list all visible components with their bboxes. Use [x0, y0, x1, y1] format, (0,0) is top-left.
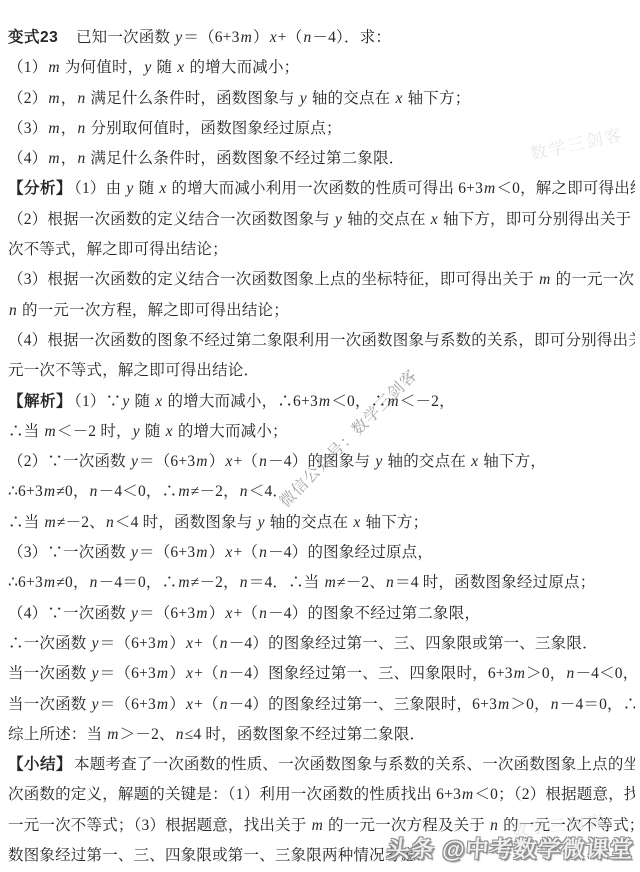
line-text: （1）∵y 随 x 的增大而减小，∴6+3m＜0，∴m＜－2， — [74, 393, 455, 410]
line-text: （4）∵一次函数 y＝（6+3m）x+（n－4）的图象不经过第二象限， — [8, 605, 480, 622]
text-line: 【解析】（1）∵y 随 x 的增大而减小，∴6+3m＜0，∴m＜－2， — [8, 387, 635, 417]
line-text: （1）m 为何值时，y 随 x 的增大而减小； — [8, 59, 299, 76]
line-text: 当一次函数 y＝（6+3m）x+（n－4）的图象经过第一、三象限时，6+3m＞0… — [8, 696, 635, 713]
text-line: （3）m，n 分别取何值时，函数图象经过原点； — [8, 114, 635, 144]
line-text: ∴一次函数 y＝（6+3m）x+（n－4）的图象经过第一、三、四象限或第一、三象… — [8, 635, 598, 652]
text-line: （2）∵一次函数 y＝（6+3m）x+（n－4）的图象与 y 轴的交点在 x 轴… — [8, 447, 635, 477]
line-text: （3）根据一次函数的定义结合一次函数图象上点的坐标特征，即可得出关于 m 的一元… — [8, 271, 635, 288]
line-text: （2）m，n 满足什么条件时，函数图象与 y 轴的交点在 x 轴下方； — [8, 90, 470, 107]
line-text: ∴当 m＜－2 时，y 随 x 的增大而减小； — [8, 423, 288, 440]
line-bold-label: 【解析】 — [8, 393, 72, 410]
document-lines: 变式23 已知一次函数 y＝（6+3m）x+（n－4）．求：（1）m 为何值时，… — [8, 23, 635, 871]
brand-watermark: 头条 @中考数学微课堂 — [386, 831, 635, 864]
line-text: n 的一元一次方程，解之即可得出结论； — [8, 302, 289, 319]
line-text: （3）m，n 分别取何值时，函数图象经过原点； — [8, 120, 342, 137]
line-text: （4）m，n 满足什么条件时，函数图象不经过第二象限． — [8, 150, 405, 167]
text-line: ∴6+3m≠0，n－4＜0，∴m≠－2，n＜4． — [8, 477, 635, 507]
text-line: ∴当 m≠－2、n＜4 时，函数图象与 y 轴的交点在 x 轴下方； — [8, 508, 635, 538]
line-bold-label: 【小结】 — [8, 756, 72, 773]
text-line: 【小结】本题考查了一次函数的性质、一次函数图象与系数的关系、一次函数图象上点的坐… — [8, 750, 635, 780]
text-line: （1）m 为何值时，y 随 x 的增大而减小； — [8, 53, 635, 83]
text-line: ∴一次函数 y＝（6+3m）x+（n－4）的图象经过第一、三、四象限或第一、三象… — [8, 629, 635, 659]
line-text: 已知一次函数 y＝（6+3m）x+（n－4）．求： — [60, 29, 391, 46]
text-line: （2）m，n 满足什么条件时，函数图象与 y 轴的交点在 x 轴下方； — [8, 84, 635, 114]
line-text: 本题考查了一次函数的性质、一次函数图象与系数的关系、一次函数图象上点的坐标特征以… — [74, 756, 635, 773]
line-text: ∴6+3m≠0，n－4＜0，∴m≠－2，n＜4． — [8, 483, 288, 500]
line-text: （3）∵一次函数 y＝（6+3m）x+（n－4）的图象经过原点， — [8, 544, 433, 561]
line-text: （4）根据一次函数的图象不经过第二象限利用一次函数图象与系数的关系，即可分别得出… — [8, 332, 635, 349]
text-line: （2）根据一次函数的定义结合一次函数图象与 y 轴的交点在 x 轴下方，即可分别… — [8, 205, 635, 235]
line-text: 次不等式，解之即可得出结论； — [8, 241, 228, 258]
line-bold-label: 变式23 — [8, 29, 58, 46]
text-line: （3）∵一次函数 y＝（6+3m）x+（n－4）的图象经过原点， — [8, 538, 635, 568]
line-bold-label: 【分析】 — [8, 180, 72, 197]
text-line: ∴当 m＜－2 时，y 随 x 的增大而减小； — [8, 417, 635, 447]
text-line: 当一次函数 y＝（6+3m）x+（n－4）图象经过第一、三、四象限时，6+3m＞… — [8, 659, 635, 689]
text-line: 【分析】（1）由 y 随 x 的增大而减小利用一次函数的性质可得出 6+3m＜0… — [8, 174, 635, 204]
document-page: { "page": { "background": "#ffffff", "te… — [0, 0, 640, 872]
line-text: 综上所述：当 m＞－2、n≤4 时，函数图象不经过第二象限． — [8, 726, 425, 743]
text-line: n 的一元一次方程，解之即可得出结论； — [8, 296, 635, 326]
line-text: 次函数的定义，解题的关键是：（1）利用一次函数的性质找出 6+3m＜0；（2）根… — [8, 786, 635, 803]
line-text: 元一次不等式，解之即可得出结论． — [8, 362, 259, 379]
line-text: 数图象经过第一、三、四象限或第一、三象限两种情况考虑． — [8, 847, 432, 864]
text-line: （3）根据一次函数的定义结合一次函数图象上点的坐标特征，即可得出关于 m 的一元… — [8, 265, 635, 295]
text-line: 当一次函数 y＝（6+3m）x+（n－4）的图象经过第一、三象限时，6+3m＞0… — [8, 690, 635, 720]
text-line: （4）m，n 满足什么条件时，函数图象不经过第二象限． — [8, 144, 635, 174]
text-line: 变式23 已知一次函数 y＝（6+3m）x+（n－4）．求： — [8, 23, 635, 53]
text-line: （4）根据一次函数的图象不经过第二象限利用一次函数图象与系数的关系，即可分别得出… — [8, 326, 635, 356]
line-text: （2）根据一次函数的定义结合一次函数图象与 y 轴的交点在 x 轴下方，即可分别… — [8, 211, 635, 228]
text-line: 次不等式，解之即可得出结论； — [8, 235, 635, 265]
line-text: 当一次函数 y＝（6+3m）x+（n－4）图象经过第一、三、四象限时，6+3m＞… — [8, 665, 635, 682]
text-line: （4）∵一次函数 y＝（6+3m）x+（n－4）的图象不经过第二象限， — [8, 599, 635, 629]
line-text: ∴6+3m≠0，n－4＝0，∴m≠－2，n＝4．∴当 m≠－2、n＝4 时，函数… — [8, 574, 595, 591]
line-text: （1）由 y 随 x 的增大而减小利用一次函数的性质可得出 6+3m＜0，解之即… — [74, 180, 635, 197]
text-line: ∴6+3m≠0，n－4＝0，∴m≠－2，n＝4．∴当 m≠－2、n＝4 时，函数… — [8, 568, 635, 598]
line-text: ∴当 m≠－2、n＜4 时，函数图象与 y 轴的交点在 x 轴下方； — [8, 514, 428, 531]
text-line: 元一次不等式，解之即可得出结论． — [8, 356, 635, 386]
text-line: 次函数的定义，解题的关键是：（1）利用一次函数的性质找出 6+3m＜0；（2）根… — [8, 780, 635, 810]
line-text: （2）∵一次函数 y＝（6+3m）x+（n－4）的图象与 y 轴的交点在 x 轴… — [8, 453, 546, 470]
text-line: 综上所述：当 m＞－2、n≤4 时，函数图象不经过第二象限． — [8, 720, 635, 750]
